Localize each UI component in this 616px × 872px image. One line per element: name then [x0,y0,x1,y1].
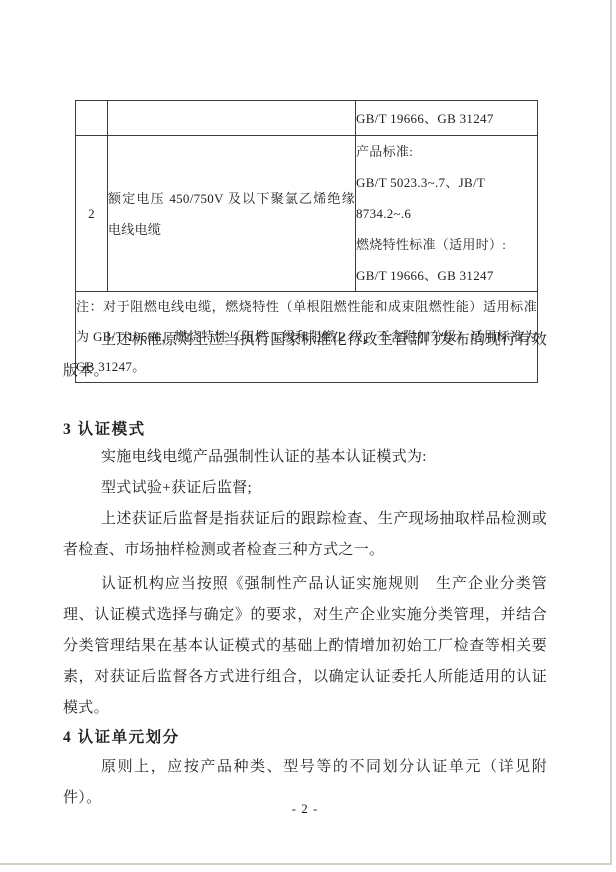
table-row-item-2: 2 额定电压 450/750V 及以下聚氯乙烯绝缘电线电缆 产品标准: GB/T… [76,136,538,292]
section-4-heading: 4 认证单元划分 [63,722,547,753]
standards-line: GB/T 19666、GB 31247 [356,260,537,291]
standards-line: 燃烧特性标准（适用时）: [356,229,537,260]
intro-paragraph: 上述标准原则上应当执行国家标准化行政主管部门发布的现行有效版本。 [63,325,547,387]
standards-line: GB/T 5023.3~.7、JB/T 8734.2~.6 [356,167,537,229]
section-3-paragraph-2: 型式试验+获证后监督; [63,473,547,504]
standards-line: 产品标准: [356,136,537,167]
table-cell-index: 2 [76,136,108,292]
document-page: GB/T 19666、GB 31247 2 额定电压 450/750V 及以下聚… [0,0,612,865]
table-cell-product [108,101,356,136]
page-number: - 2 - [0,800,610,818]
table-cell-standards: GB/T 19666、GB 31247 [356,101,538,136]
section-3-paragraph-3: 上述获证后监督是指获证后的跟踪检查、生产现场抽取样品检测或者检查、市场抽样检测或… [63,504,547,566]
table-cell-product: 额定电压 450/750V 及以下聚氯乙烯绝缘电线电缆 [108,136,356,292]
section-3-paragraph-4: 认证机构应当按照《强制性产品认证实施规则 生产企业分类管理、认证模式选择与确定》… [63,569,547,724]
section-3-paragraph-1: 实施电线电缆产品强制性认证的基本认证模式为: [63,442,547,473]
table-row-continuation: GB/T 19666、GB 31247 [76,101,538,136]
section-3-heading: 3 认证模式 [63,414,547,445]
table-cell-standards: 产品标准: GB/T 5023.3~.7、JB/T 8734.2~.6 燃烧特性… [356,136,538,292]
table-cell-index [76,101,108,136]
standards-line: GB/T 19666、GB 31247 [356,103,537,134]
